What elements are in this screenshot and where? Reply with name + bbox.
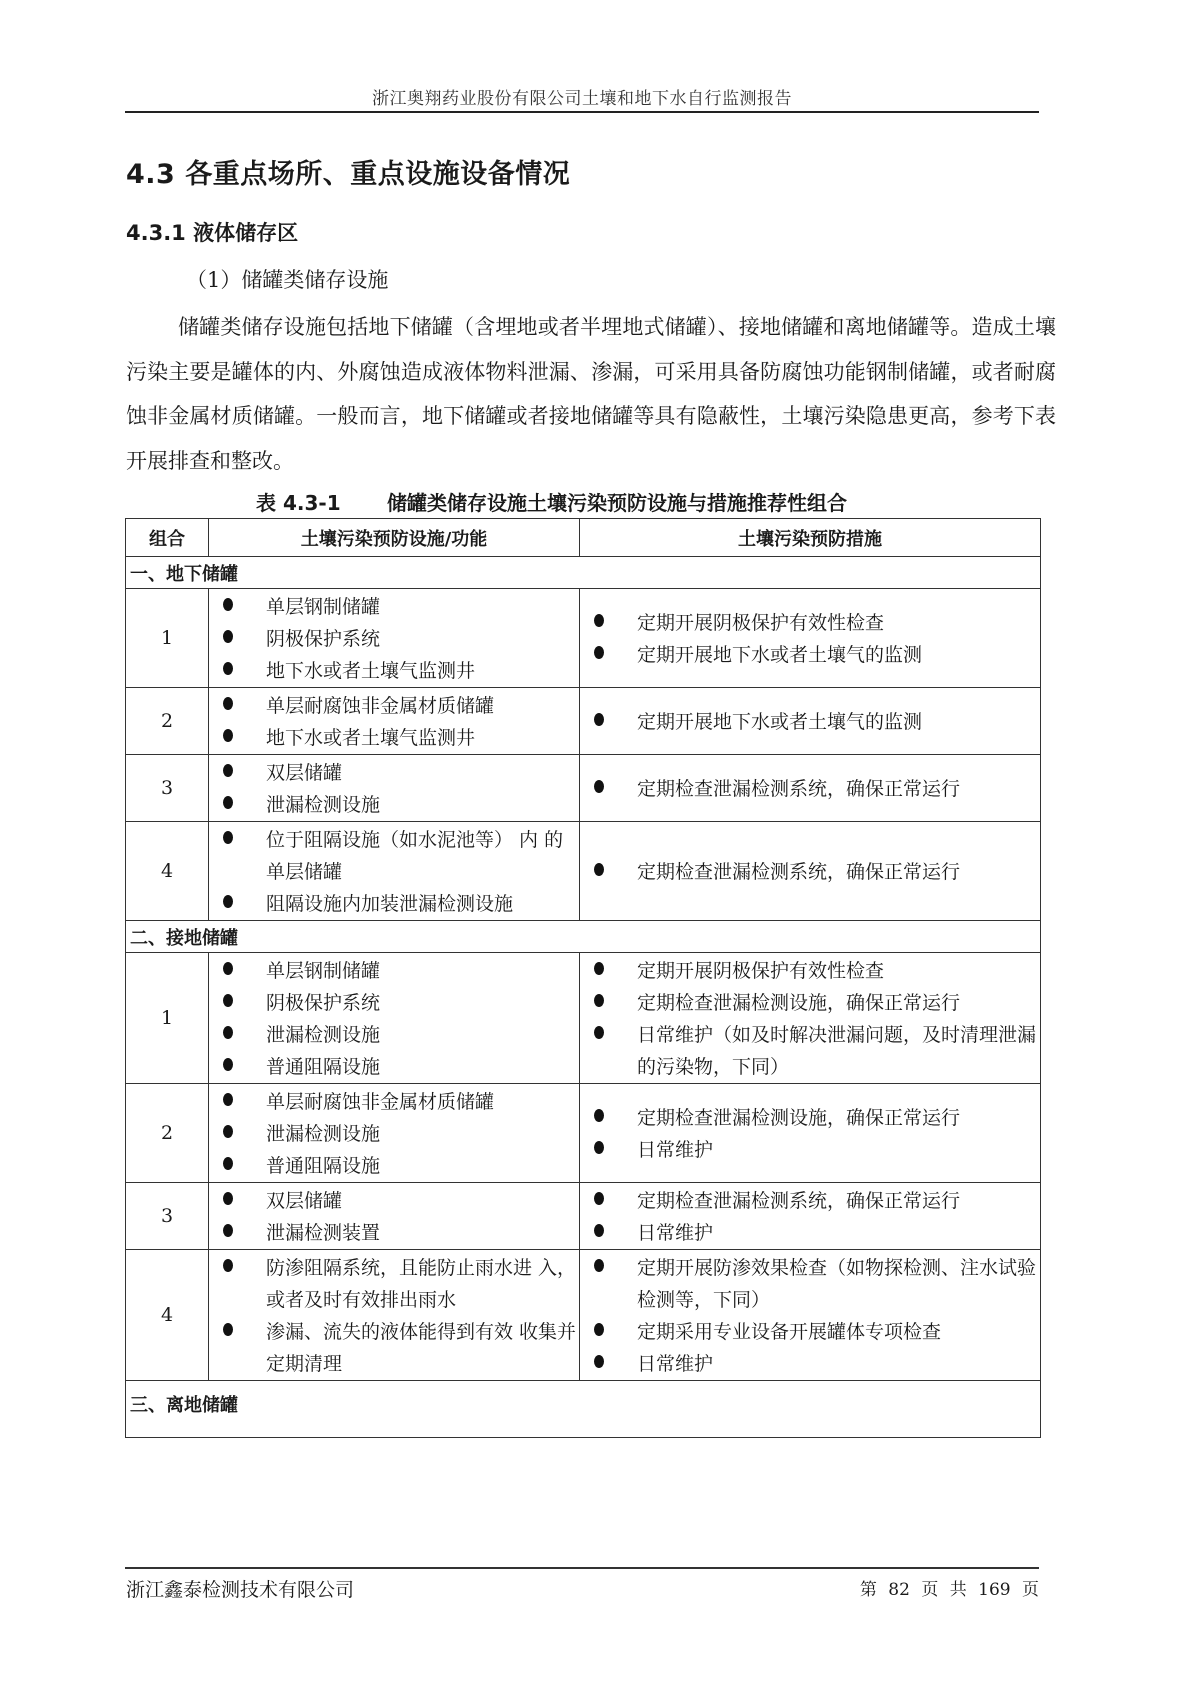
facilities-list: 单层耐腐蚀非金属材质储罐泄漏检测设施普通阻隔设施 bbox=[209, 1086, 579, 1182]
body-paragraph: 储罐类储存设施包括地下储罐（含埋地或者半埋地式储罐）、接地储罐和离地储罐等。造成… bbox=[126, 305, 1056, 483]
bullet-item: 地下水或者土壤气监测井 bbox=[209, 722, 579, 754]
bullet-item: 定期检查泄漏检测系统，确保正常运行 bbox=[580, 856, 1040, 888]
header-facilities: 土壤污染预防设施/功能 bbox=[209, 519, 580, 557]
measures-cell: 定期检查泄漏检测系统，确保正常运行 bbox=[580, 822, 1041, 921]
bullet-item: 单层钢制储罐 bbox=[209, 955, 579, 987]
facilities-list: 位于阻隔设施（如水泥池等） 内 的单层储罐阻隔设施内加装泄漏检测设施 bbox=[209, 824, 579, 920]
table-section-row: 三、离地储罐 bbox=[126, 1381, 1041, 1438]
table-row: 3双层储罐泄漏检测装置定期检查泄漏检测系统，确保正常运行日常维护 bbox=[126, 1183, 1041, 1250]
facilities-cell: 单层钢制储罐阴极保护系统泄漏检测设施普通阻隔设施 bbox=[209, 953, 580, 1084]
facilities-list: 单层耐腐蚀非金属材质储罐地下水或者土壤气监测井 bbox=[209, 690, 579, 754]
group-number: 3 bbox=[126, 755, 209, 822]
bullet-item: 泄漏检测设施 bbox=[209, 1019, 579, 1051]
bullet-item: 单层钢制储罐 bbox=[209, 591, 579, 623]
table-title: 储罐类储存设施土壤污染预防设施与措施推荐性组合 bbox=[387, 487, 847, 516]
measures-list: 定期检查泄漏检测系统，确保正常运行 bbox=[580, 856, 1040, 888]
bullet-item: 双层储罐 bbox=[209, 757, 579, 789]
facilities-cell: 位于阻隔设施（如水泥池等） 内 的单层储罐阻隔设施内加装泄漏检测设施 bbox=[209, 822, 580, 921]
bullet-item: 泄漏检测装置 bbox=[209, 1217, 579, 1249]
bullet-item: 地下水或者土壤气监测井 bbox=[209, 655, 579, 687]
facilities-list: 双层储罐泄漏检测设施 bbox=[209, 757, 579, 821]
bullet-item: 泄漏检测设施 bbox=[209, 1118, 579, 1150]
facilities-cell: 单层耐腐蚀非金属材质储罐地下水或者土壤气监测井 bbox=[209, 688, 580, 755]
bullet-item: 阴极保护系统 bbox=[209, 623, 579, 655]
footer-company: 浙江鑫泰检测技术有限公司 bbox=[126, 1575, 354, 1602]
facilities-list: 单层钢制储罐阴极保护系统地下水或者土壤气监测井 bbox=[209, 591, 579, 687]
measures-cell: 定期检查泄漏检测设施，确保正常运行日常维护 bbox=[580, 1084, 1041, 1183]
table-row: 3双层储罐泄漏检测设施定期检查泄漏检测系统，确保正常运行 bbox=[126, 755, 1041, 822]
section-heading: 4.3 各重点场所、重点设施设备情况 bbox=[126, 152, 570, 191]
bullet-item: 普通阻隔设施 bbox=[209, 1051, 579, 1083]
bullet-item: 定期检查泄漏检测设施，确保正常运行 bbox=[580, 987, 1040, 1019]
facilities-cell: 双层储罐泄漏检测设施 bbox=[209, 755, 580, 822]
bullet-item: 单层耐腐蚀非金属材质储罐 bbox=[209, 1086, 579, 1118]
header-group: 组合 bbox=[126, 519, 209, 557]
table-number: 表 4.3-1 bbox=[256, 487, 341, 516]
measures-list: 定期检查泄漏检测设施，确保正常运行日常维护 bbox=[580, 1102, 1040, 1166]
table-row: 1单层钢制储罐阴极保护系统泄漏检测设施普通阻隔设施定期开展阴极保护有效性检查定期… bbox=[126, 953, 1041, 1084]
facilities-list: 单层钢制储罐阴极保护系统泄漏检测设施普通阻隔设施 bbox=[209, 955, 579, 1083]
bullet-item: 定期开展阴极保护有效性检查 bbox=[580, 607, 1040, 639]
prevention-table: 组合 土壤污染预防设施/功能 土壤污染预防措施 一、地下储罐1单层钢制储罐阴极保… bbox=[125, 518, 1041, 1438]
footer-rule bbox=[125, 1567, 1039, 1569]
table-section-row: 一、地下储罐 bbox=[126, 557, 1041, 589]
table-row: 4防渗阻隔系统，且能防止雨水进 入，或者及时有效排出雨水渗漏、流失的液体能得到有… bbox=[126, 1250, 1041, 1381]
table-row: 4位于阻隔设施（如水泥池等） 内 的单层储罐阻隔设施内加装泄漏检测设施定期检查泄… bbox=[126, 822, 1041, 921]
group-number: 4 bbox=[126, 822, 209, 921]
section-title: 二、接地储罐 bbox=[126, 921, 1041, 953]
section-title: 三、离地储罐 bbox=[126, 1381, 1041, 1438]
facilities-cell: 单层耐腐蚀非金属材质储罐泄漏检测设施普通阻隔设施 bbox=[209, 1084, 580, 1183]
bullet-item: 阴极保护系统 bbox=[209, 987, 579, 1019]
bullet-item: 日常维护 bbox=[580, 1134, 1040, 1166]
bullet-item: 双层储罐 bbox=[209, 1185, 579, 1217]
facilities-list: 防渗阻隔系统，且能防止雨水进 入，或者及时有效排出雨水渗漏、流失的液体能得到有效… bbox=[209, 1252, 579, 1380]
bullet-item: 定期开展阴极保护有效性检查 bbox=[580, 955, 1040, 987]
bullet-item: 定期开展地下水或者土壤气的监测 bbox=[580, 639, 1040, 671]
bullet-item: 定期检查泄漏检测设施，确保正常运行 bbox=[580, 1102, 1040, 1134]
page-number: 第 82 页 共 169 页 bbox=[860, 1575, 1039, 1600]
bullet-item: 日常维护 bbox=[580, 1217, 1040, 1249]
group-number: 1 bbox=[126, 953, 209, 1084]
running-header: 浙江奥翔药业股份有限公司土壤和地下水自行监测报告 bbox=[125, 84, 1039, 109]
bullet-item: 定期检查泄漏检测系统，确保正常运行 bbox=[580, 1185, 1040, 1217]
header-rule bbox=[125, 111, 1039, 113]
measures-list: 定期开展地下水或者土壤气的监测 bbox=[580, 706, 1040, 738]
measures-cell: 定期检查泄漏检测系统，确保正常运行 bbox=[580, 755, 1041, 822]
bullet-item: 防渗阻隔系统，且能防止雨水进 入，或者及时有效排出雨水 bbox=[209, 1252, 579, 1316]
facilities-cell: 单层钢制储罐阴极保护系统地下水或者土壤气监测井 bbox=[209, 589, 580, 688]
bullet-item: 定期采用专业设备开展罐体专项检查 bbox=[580, 1316, 1040, 1348]
group-number: 2 bbox=[126, 688, 209, 755]
bullet-item: 位于阻隔设施（如水泥池等） 内 的单层储罐 bbox=[209, 824, 579, 888]
facilities-list: 双层储罐泄漏检测装置 bbox=[209, 1185, 579, 1249]
group-number: 3 bbox=[126, 1183, 209, 1250]
bullet-item: 泄漏检测设施 bbox=[209, 789, 579, 821]
bullet-item: 定期检查泄漏检测系统，确保正常运行 bbox=[580, 773, 1040, 805]
measures-list: 定期开展防渗效果检查（如物探检测、注水试验检测等，下同）定期采用专业设备开展罐体… bbox=[580, 1252, 1040, 1380]
measures-list: 定期开展阴极保护有效性检查定期检查泄漏检测设施，确保正常运行日常维护（如及时解决… bbox=[580, 955, 1040, 1083]
bullet-item: 定期开展防渗效果检查（如物探检测、注水试验检测等，下同） bbox=[580, 1252, 1040, 1316]
table-section-row: 二、接地储罐 bbox=[126, 921, 1041, 953]
table-row: 1单层钢制储罐阴极保护系统地下水或者土壤气监测井定期开展阴极保护有效性检查定期开… bbox=[126, 589, 1041, 688]
measures-cell: 定期开展地下水或者土壤气的监测 bbox=[580, 688, 1041, 755]
bullet-item: 单层耐腐蚀非金属材质储罐 bbox=[209, 690, 579, 722]
bullet-item: 阻隔设施内加装泄漏检测设施 bbox=[209, 888, 579, 920]
bullet-item: 普通阻隔设施 bbox=[209, 1150, 579, 1182]
subsection-heading: 4.3.1 液体储存区 bbox=[126, 217, 298, 247]
bullet-item: 日常维护（如及时解决泄漏问题，及时清理泄漏的污染物，下同） bbox=[580, 1019, 1040, 1083]
measures-list: 定期检查泄漏检测系统，确保正常运行 bbox=[580, 773, 1040, 805]
measures-cell: 定期开展阴极保护有效性检查定期开展地下水或者土壤气的监测 bbox=[580, 589, 1041, 688]
bullet-item: 日常维护 bbox=[580, 1348, 1040, 1380]
item-heading: （1）储罐类储存设施 bbox=[186, 264, 388, 294]
table-header-row: 组合 土壤污染预防设施/功能 土壤污染预防措施 bbox=[126, 519, 1041, 557]
bullet-item: 渗漏、流失的液体能得到有效 收集并定期清理 bbox=[209, 1316, 579, 1380]
measures-cell: 定期检查泄漏检测系统，确保正常运行日常维护 bbox=[580, 1183, 1041, 1250]
group-number: 1 bbox=[126, 589, 209, 688]
facilities-cell: 双层储罐泄漏检测装置 bbox=[209, 1183, 580, 1250]
measures-cell: 定期开展防渗效果检查（如物探检测、注水试验检测等，下同）定期采用专业设备开展罐体… bbox=[580, 1250, 1041, 1381]
measures-list: 定期检查泄漏检测系统，确保正常运行日常维护 bbox=[580, 1185, 1040, 1249]
measures-cell: 定期开展阴极保护有效性检查定期检查泄漏检测设施，确保正常运行日常维护（如及时解决… bbox=[580, 953, 1041, 1084]
bullet-item: 定期开展地下水或者土壤气的监测 bbox=[580, 706, 1040, 738]
table-row: 2单层耐腐蚀非金属材质储罐地下水或者土壤气监测井定期开展地下水或者土壤气的监测 bbox=[126, 688, 1041, 755]
header-measures: 土壤污染预防措施 bbox=[580, 519, 1041, 557]
table-row: 2单层耐腐蚀非金属材质储罐泄漏检测设施普通阻隔设施定期检查泄漏检测设施，确保正常… bbox=[126, 1084, 1041, 1183]
section-title: 一、地下储罐 bbox=[126, 557, 1041, 589]
facilities-cell: 防渗阻隔系统，且能防止雨水进 入，或者及时有效排出雨水渗漏、流失的液体能得到有效… bbox=[209, 1250, 580, 1381]
group-number: 2 bbox=[126, 1084, 209, 1183]
group-number: 4 bbox=[126, 1250, 209, 1381]
measures-list: 定期开展阴极保护有效性检查定期开展地下水或者土壤气的监测 bbox=[580, 607, 1040, 671]
